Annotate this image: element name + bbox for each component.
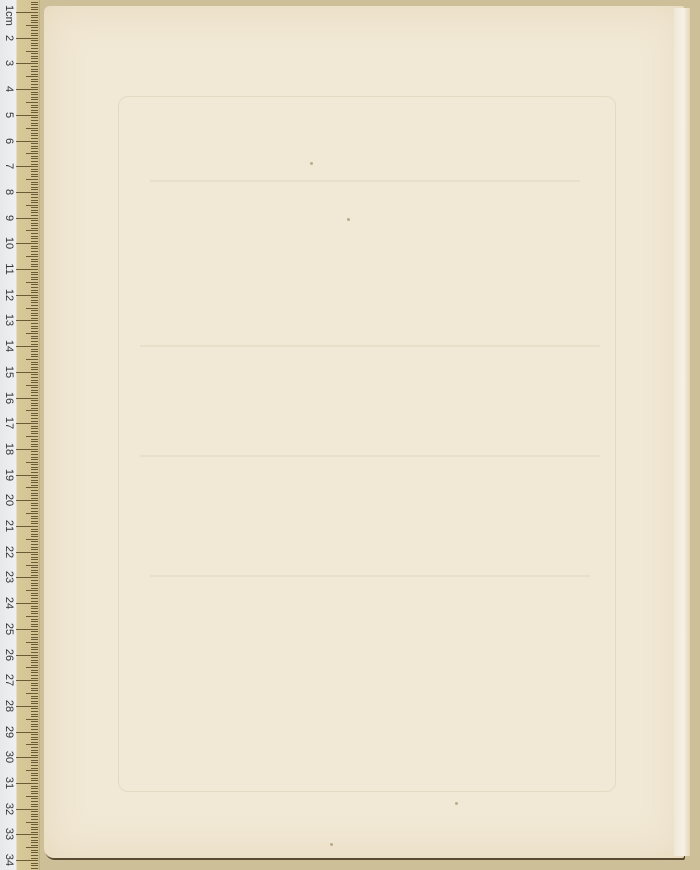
- ruler-tick: [31, 690, 38, 691]
- ruler-tick: [31, 696, 38, 697]
- ruler-tick: [31, 521, 38, 522]
- ruler-tick: [31, 40, 38, 41]
- ruler-tick: [26, 590, 38, 591]
- ruler-label: 10: [2, 236, 16, 250]
- ruler-tick: [16, 115, 38, 116]
- ruler-tick: [26, 76, 38, 77]
- ruler-tick: [31, 297, 38, 298]
- ruler-tick: [31, 323, 38, 324]
- ruler-tick: [31, 798, 38, 799]
- ruler-tick: [16, 500, 38, 501]
- ruler-tick: [31, 595, 38, 596]
- ruler-tick: [31, 125, 38, 126]
- ruler-tick: [31, 344, 38, 345]
- ruler-tick: [16, 629, 38, 630]
- ruler-label: 18: [2, 442, 16, 456]
- ruler-tick: [16, 38, 38, 39]
- ruler-tick: [31, 824, 38, 825]
- ruler-tick: [31, 58, 38, 59]
- ruler-tick: [31, 457, 38, 458]
- ruler-label: 5: [2, 108, 16, 122]
- ruler-tick: [16, 89, 38, 90]
- ruler-tick: [31, 503, 38, 504]
- ruler-tick: [31, 788, 38, 789]
- ruler-tick: [31, 454, 38, 455]
- ruler-tick: [31, 194, 38, 195]
- ruler-tick: [16, 809, 38, 810]
- ruler-tick: [16, 732, 38, 733]
- ruler-tick: [31, 737, 38, 738]
- ruler-tick: [31, 207, 38, 208]
- ruler-label: 29: [2, 725, 16, 739]
- ruler-tick: [31, 536, 38, 537]
- ruler-tick: [31, 200, 38, 201]
- ruler-tick: [31, 223, 38, 224]
- ruler-tick: [26, 487, 38, 488]
- ruler-tick: [31, 272, 38, 273]
- ruler-tick: [26, 359, 38, 360]
- ruler-tick: [26, 25, 38, 26]
- ruler-label: 6: [2, 134, 16, 148]
- ruler-tick: [31, 567, 38, 568]
- plate-mark-showthrough: [118, 96, 616, 792]
- ruler-tick: [31, 469, 38, 470]
- ruler-tick: [31, 562, 38, 563]
- ruler-tick: [31, 634, 38, 635]
- ruler-tick: [31, 246, 38, 247]
- ruler-label: 9: [2, 211, 16, 225]
- ruler-tick: [16, 423, 38, 424]
- ruler-tick: [26, 436, 38, 437]
- ruler-label: 4: [2, 82, 16, 96]
- ruler-label: 11: [2, 262, 16, 276]
- ruler-tick: [31, 313, 38, 314]
- ruler-label: 3: [2, 56, 16, 70]
- ruler-tick: [31, 575, 38, 576]
- ruler-tick: [31, 338, 38, 339]
- ruler-tick: [31, 505, 38, 506]
- ruler-tick: [31, 855, 38, 856]
- ruler-tick: [31, 133, 38, 134]
- ruler-tick: [31, 598, 38, 599]
- ruler-tick: [31, 750, 38, 751]
- ruler-tick: [31, 362, 38, 363]
- ruler-tick: [31, 241, 38, 242]
- ruler-tick: [31, 7, 38, 8]
- ruler-tick: [31, 472, 38, 473]
- showthrough-line: [140, 345, 600, 347]
- ruler-tick: [31, 403, 38, 404]
- ruler-label: 26: [2, 648, 16, 662]
- ruler-tick: [31, 184, 38, 185]
- ruler-tick: [31, 87, 38, 88]
- ruler-tick: [31, 171, 38, 172]
- ruler-tick: [16, 295, 38, 296]
- ruler-tick: [31, 624, 38, 625]
- ruler-tick: [31, 493, 38, 494]
- ruler-tick: [31, 814, 38, 815]
- paper-spot: [330, 843, 333, 846]
- ruler-tick: [31, 621, 38, 622]
- ruler-tick: [31, 652, 38, 653]
- ruler-tick: [31, 146, 38, 147]
- ruler-tick: [31, 351, 38, 352]
- ruler-tick: [31, 135, 38, 136]
- ruler-tick: [31, 755, 38, 756]
- ruler-tick: [31, 408, 38, 409]
- ruler-tick: [31, 793, 38, 794]
- ruler-tick: [31, 187, 38, 188]
- ruler-tick: [31, 97, 38, 98]
- ruler-tick: [31, 547, 38, 548]
- ruler-tick: [31, 374, 38, 375]
- ruler-tick: [16, 269, 38, 270]
- ruler-tick: [31, 549, 38, 550]
- ruler-tick: [31, 236, 38, 237]
- ruler-tick: [31, 215, 38, 216]
- showthrough-line: [150, 575, 590, 577]
- ruler-tick: [16, 346, 38, 347]
- ruler-tick: [31, 413, 38, 414]
- ruler-tick: [16, 372, 38, 373]
- ruler-label: 34: [2, 853, 16, 867]
- ruler-tick: [31, 773, 38, 774]
- ruler-tick: [31, 593, 38, 594]
- ruler-tick: [16, 192, 38, 193]
- ruler-tick: [31, 331, 38, 332]
- ruler-tick: [31, 446, 38, 447]
- ruler-tick: [31, 387, 38, 388]
- ruler-tick: [31, 356, 38, 357]
- ruler-tick: [26, 719, 38, 720]
- ruler-label: 24: [2, 596, 16, 610]
- ruler-tick: [26, 642, 38, 643]
- ruler-tick: [31, 541, 38, 542]
- ruler-tick: [16, 834, 38, 835]
- ruler-label: 23: [2, 570, 16, 584]
- ruler-label: 7: [2, 159, 16, 173]
- ruler-tick: [31, 421, 38, 422]
- ruler-tick: [31, 703, 38, 704]
- ruler-tick: [31, 716, 38, 717]
- ruler-tick: [31, 511, 38, 512]
- ruler-tick: [31, 2, 38, 3]
- ruler-label: 1cm: [2, 5, 16, 19]
- ruler-tick: [31, 433, 38, 434]
- ruler-tick: [16, 577, 38, 578]
- ruler-tick: [31, 845, 38, 846]
- ruler-tick: [26, 256, 38, 257]
- ruler-tick: [26, 693, 38, 694]
- ruler-tick: [26, 667, 38, 668]
- ruler-tick: [31, 400, 38, 401]
- ruler-tick: [31, 734, 38, 735]
- ruler-tick: [31, 336, 38, 337]
- ruler-tick: [31, 804, 38, 805]
- ruler-tick: [31, 685, 38, 686]
- ruler-tick: [31, 212, 38, 213]
- ruler-tick: [31, 459, 38, 460]
- ruler-tick: [31, 382, 38, 383]
- ruler-tick: [31, 17, 38, 18]
- ruler-tick: [31, 53, 38, 54]
- ruler-tick: [31, 228, 38, 229]
- ruler-tick: [31, 300, 38, 301]
- ruler-tick: [31, 747, 38, 748]
- ruler-tick: [31, 326, 38, 327]
- ruler-tick: [31, 84, 38, 85]
- paper-spot: [455, 802, 458, 805]
- ruler-tick: [31, 426, 38, 427]
- ruler-tick: [31, 631, 38, 632]
- ruler-tick: [26, 230, 38, 231]
- ruler-tick: [31, 27, 38, 28]
- ruler-label: 33: [2, 827, 16, 841]
- ruler-tick: [31, 480, 38, 481]
- ruler-tick: [31, 233, 38, 234]
- ruler-tick: [31, 644, 38, 645]
- ruler-tick: [31, 61, 38, 62]
- ruler-tick: [31, 701, 38, 702]
- ruler-tick: [31, 482, 38, 483]
- ruler-tick: [31, 20, 38, 21]
- ruler-tick: [31, 613, 38, 614]
- ruler-tick: [16, 243, 38, 244]
- ruler-tick: [31, 251, 38, 252]
- ruler-tick: [16, 526, 38, 527]
- ruler-tick: [31, 364, 38, 365]
- ruler-tick: [31, 377, 38, 378]
- ruler-tick: [16, 475, 38, 476]
- ruler-tick: [31, 832, 38, 833]
- ruler-tick: [31, 248, 38, 249]
- ruler-label: 2: [2, 31, 16, 45]
- ruler-tick: [31, 369, 38, 370]
- ruler-tick: [31, 35, 38, 36]
- ruler-tick: [31, 56, 38, 57]
- ruler-tick: [31, 678, 38, 679]
- ruler-tick: [31, 354, 38, 355]
- ruler-tick: [31, 827, 38, 828]
- ruler-tick: [31, 688, 38, 689]
- ruler-tick: [31, 431, 38, 432]
- ruler-tick: [26, 410, 38, 411]
- ruler-tick: [31, 670, 38, 671]
- ruler-tick: [31, 714, 38, 715]
- ruler-tick: [31, 662, 38, 663]
- ruler-tick: [31, 169, 38, 170]
- ruler-tick: [31, 467, 38, 468]
- ruler-tick: [16, 166, 38, 167]
- ruler-tick: [26, 565, 38, 566]
- ruler-tick: [31, 529, 38, 530]
- ruler-tick: [31, 485, 38, 486]
- ruler-tick: [31, 811, 38, 812]
- ruler-tick: [31, 791, 38, 792]
- ruler-tick: [31, 156, 38, 157]
- ruler-label: 30: [2, 750, 16, 764]
- ruler-tick: [31, 829, 38, 830]
- ruler-tick: [16, 63, 38, 64]
- ruler-label: 22: [2, 545, 16, 559]
- ruler-tick: [26, 462, 38, 463]
- ruler-tick: [16, 680, 38, 681]
- ruler-tick: [31, 490, 38, 491]
- ruler-tick: [31, 418, 38, 419]
- ruler-tick: [31, 711, 38, 712]
- ruler-tick: [31, 441, 38, 442]
- ruler-tick: [31, 189, 38, 190]
- ruler-tick: [31, 302, 38, 303]
- ruler-tick: [31, 708, 38, 709]
- ruler-tick: [31, 182, 38, 183]
- ruler-label: 28: [2, 699, 16, 713]
- ruler-label: 17: [2, 416, 16, 430]
- ruler-tick: [31, 202, 38, 203]
- ruler-tick: [31, 585, 38, 586]
- ruler-tick: [31, 367, 38, 368]
- ruler-tick: [31, 120, 38, 121]
- ruler-tick: [31, 786, 38, 787]
- ruler-tick: [31, 518, 38, 519]
- ruler-tick: [16, 603, 38, 604]
- ruler-tick: [16, 783, 38, 784]
- ruler-tick: [31, 151, 38, 152]
- ruler-tick: [31, 259, 38, 260]
- ruler-tick: [31, 318, 38, 319]
- ruler-tick: [31, 477, 38, 478]
- ruler-tick: [31, 580, 38, 581]
- ruler-tick: [31, 143, 38, 144]
- ruler-tick: [31, 428, 38, 429]
- ruler-tick: [31, 840, 38, 841]
- ruler-label: 15: [2, 365, 16, 379]
- ruler-tick: [31, 762, 38, 763]
- ruler-tick: [31, 637, 38, 638]
- ruler-tick: [31, 30, 38, 31]
- ruler-tick: [31, 305, 38, 306]
- ruler-tick: [31, 775, 38, 776]
- ruler-tick: [31, 508, 38, 509]
- ruler-tick: [31, 341, 38, 342]
- ruler-tick: [31, 765, 38, 766]
- ruler-tick: [31, 225, 38, 226]
- ruler-tick: [31, 647, 38, 648]
- ruler-tick: [31, 660, 38, 661]
- ruler-tick: [31, 583, 38, 584]
- ruler-tick: [31, 138, 38, 139]
- ruler-tick: [31, 601, 38, 602]
- ruler-tick: [31, 197, 38, 198]
- ruler-tick: [31, 657, 38, 658]
- ruler-label: 25: [2, 622, 16, 636]
- paper-spot: [310, 162, 313, 165]
- ruler-tick: [31, 277, 38, 278]
- ruler-tick: [31, 619, 38, 620]
- ruler-tick: [31, 858, 38, 859]
- ruler-tick: [31, 274, 38, 275]
- ruler-tick: [31, 266, 38, 267]
- ruler-tick: [31, 588, 38, 589]
- ruler-tick: [31, 852, 38, 853]
- ruler-tick: [16, 706, 38, 707]
- ruler-tick: [31, 439, 38, 440]
- ruler-tick: [31, 4, 38, 5]
- ruler-tick: [31, 806, 38, 807]
- ruler-tick: [26, 744, 38, 745]
- ruler-tick: [31, 611, 38, 612]
- ruler-tick: [16, 655, 38, 656]
- ruler-tick: [31, 665, 38, 666]
- ruler-tick: [31, 79, 38, 80]
- ruler-tick: [26, 847, 38, 848]
- ruler-tick: [31, 112, 38, 113]
- ruler-tick: [31, 22, 38, 23]
- ruler-tick: [31, 395, 38, 396]
- ruler-tick: [31, 778, 38, 779]
- ruler-tick: [31, 380, 38, 381]
- ruler-tick: [26, 539, 38, 540]
- ruler-label: 21: [2, 519, 16, 533]
- ruler-tick: [26, 796, 38, 797]
- ruler-tick: [31, 698, 38, 699]
- ruler-tick: [31, 495, 38, 496]
- ruler-tick: [31, 801, 38, 802]
- ruler-tick: [31, 292, 38, 293]
- ruler-label: 8: [2, 185, 16, 199]
- ruler-tick: [31, 43, 38, 44]
- ruler-tick: [31, 287, 38, 288]
- ruler-label: 20: [2, 493, 16, 507]
- ruler-tick: [16, 320, 38, 321]
- ruler-tick: [31, 33, 38, 34]
- ruler-tick: [31, 81, 38, 82]
- ruler-tick: [31, 768, 38, 769]
- ruler-tick: [31, 392, 38, 393]
- ruler-tick: [31, 349, 38, 350]
- ruler-tick: [31, 279, 38, 280]
- ruler-tick: [26, 385, 38, 386]
- ruler-tick: [31, 238, 38, 239]
- ruler-tick: [31, 726, 38, 727]
- ruler-tick: [31, 176, 38, 177]
- ruler-tick: [31, 45, 38, 46]
- ruler-tick: [31, 444, 38, 445]
- ruler-tick: [16, 141, 38, 142]
- ruler-tick: [26, 179, 38, 180]
- ruler-tick: [31, 261, 38, 262]
- ruler-tick: [31, 724, 38, 725]
- ruler-tick: [31, 683, 38, 684]
- ruler-tick: [31, 390, 38, 391]
- ruler-tick: [31, 328, 38, 329]
- showthrough-line: [150, 180, 580, 182]
- ruler-tick: [31, 284, 38, 285]
- ruler-tick: [16, 860, 38, 861]
- paper-spot: [347, 218, 350, 221]
- ruler-tick: [31, 608, 38, 609]
- ruler-tick: [31, 107, 38, 108]
- ruler-tick: [31, 570, 38, 571]
- ruler-tick: [31, 415, 38, 416]
- ruler-tick: [31, 675, 38, 676]
- ruler-label: 16: [2, 391, 16, 405]
- ruler-tick: [31, 819, 38, 820]
- ruler-tick: [31, 405, 38, 406]
- ruler-tick: [31, 254, 38, 255]
- ruler-tick: [31, 516, 38, 517]
- ruler-label: 12: [2, 288, 16, 302]
